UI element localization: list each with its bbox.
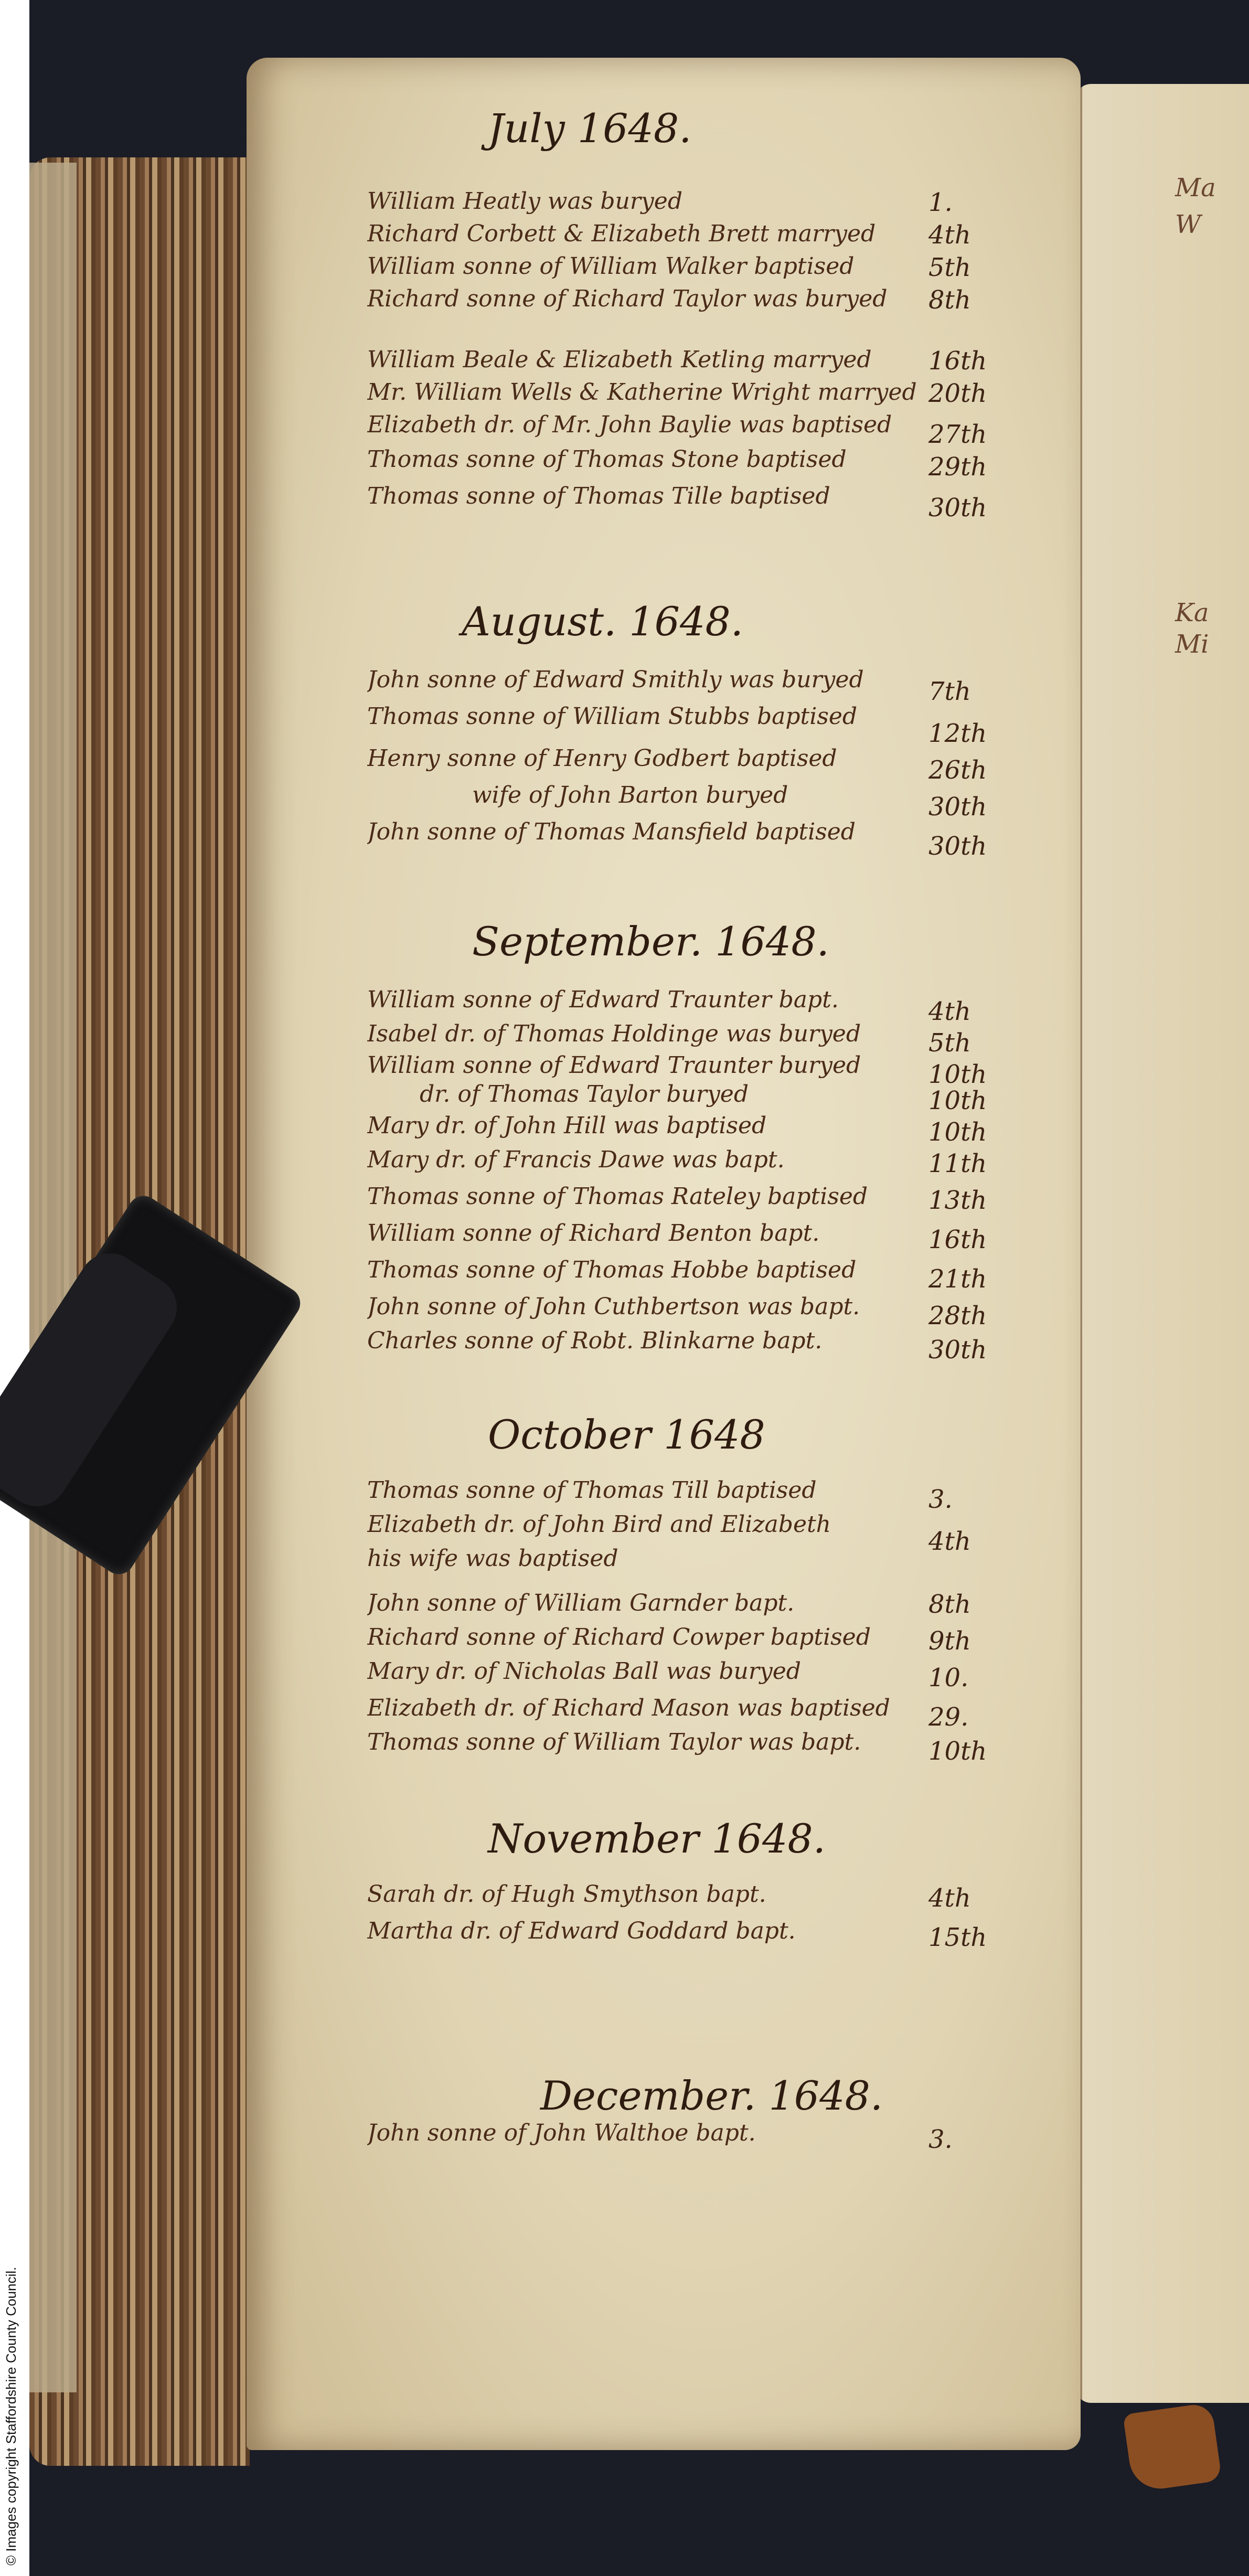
register-entry: Thomas sonne of Thomas Stone baptised xyxy=(367,446,934,473)
register-entry: Mary dr. of John Hill was baptised xyxy=(367,1112,934,1139)
register-entry: John sonne of William Garnder bapt. xyxy=(367,1590,934,1616)
entry-day: 13th xyxy=(928,1186,987,1215)
entry-day: 10th xyxy=(928,1086,987,1115)
section-heading-july: July 1648. xyxy=(488,105,691,152)
flyleaf xyxy=(29,163,77,2392)
facing-page-fragment: Ka xyxy=(1175,598,1209,627)
entry-day: 27th xyxy=(928,420,987,449)
register-entry: Mary dr. of Francis Dawe was bapt. xyxy=(367,1146,934,1173)
register-entry: William sonne of Edward Traunter buryed xyxy=(367,1052,934,1079)
register-entry: Henry sonne of Henry Godbert baptised xyxy=(367,745,934,772)
register-entry: John sonne of Edward Smithly was buryed xyxy=(367,666,934,693)
register-entry: William Beale & Elizabeth Ketling marrye… xyxy=(367,346,934,373)
register-entry: Thomas sonne of Thomas Hobbe baptised xyxy=(367,1257,934,1283)
register-entry: William Heatly was buryed xyxy=(367,188,934,215)
entry-day: 29. xyxy=(928,1702,968,1732)
entry-day: 12th xyxy=(928,719,987,748)
entry-day: 7th xyxy=(928,677,971,706)
entry-day: 10th xyxy=(928,1117,987,1147)
register-entry: William sonne of William Walker baptised xyxy=(367,253,934,280)
register-entry: Elizabeth dr. of John Bird and Elizabeth xyxy=(367,1511,934,1538)
entry-day: 5th xyxy=(928,1028,971,1058)
section-heading-august: August. 1648. xyxy=(462,598,743,645)
register-entry: John sonne of John Cuthbertson was bapt. xyxy=(367,1293,934,1320)
section-heading-november: November 1648. xyxy=(488,1815,826,1862)
section-heading-september: September. 1648. xyxy=(472,918,829,965)
entry-day: 1. xyxy=(928,188,953,217)
register-entry: William sonne of Edward Traunter bapt. xyxy=(367,986,934,1013)
entry-day: 30th xyxy=(928,1335,987,1365)
entry-day: 5th xyxy=(928,253,971,282)
entry-day: 20th xyxy=(928,379,987,408)
register-entry: Richard Corbett & Elizabeth Brett marrye… xyxy=(367,220,934,247)
entry-day: 29th xyxy=(928,452,987,482)
entry-day: 21th xyxy=(928,1264,987,1294)
left-margin xyxy=(0,0,29,2576)
register-entry: Mary dr. of Nicholas Ball was buryed xyxy=(367,1658,934,1685)
register-entry: Martha dr. of Edward Goddard bapt. xyxy=(367,1918,934,1944)
copyright-notice: © Images copyright Staffordshire County … xyxy=(3,2267,19,2566)
entry-day: 10th xyxy=(928,1737,987,1766)
facing-page-fragment: W xyxy=(1175,210,1201,239)
section-heading-december: December. 1648. xyxy=(540,2072,883,2119)
register-entry: his wife was baptised xyxy=(367,1545,934,1572)
register-entry: Thomas sonne of Thomas Tille baptised xyxy=(367,483,934,509)
register-entry: Charles sonne of Robt. Blinkarne bapt. xyxy=(367,1327,934,1354)
register-entry: Richard sonne of Richard Cowper baptised xyxy=(367,1624,934,1651)
section-heading-october: October 1648 xyxy=(488,1411,765,1458)
entry-day: 28th xyxy=(928,1301,987,1330)
entry-day: 30th xyxy=(928,792,987,822)
register-entry: William sonne of Richard Benton bapt. xyxy=(367,1220,934,1247)
entry-day: 4th xyxy=(928,997,971,1026)
register-entry: John sonne of Thomas Mansfield baptised xyxy=(367,818,934,845)
entry-day: 3. xyxy=(928,1485,953,1514)
entry-day: 30th xyxy=(928,493,987,523)
register-entry: Thomas sonne of William Stubbs baptised xyxy=(367,703,934,730)
register-entry: Mr. William Wells & Katherine Wright mar… xyxy=(367,379,934,406)
entry-day: 9th xyxy=(928,1626,971,1656)
entry-day: 26th xyxy=(928,755,987,785)
entry-day: 10. xyxy=(928,1663,968,1693)
facing-page xyxy=(1075,84,1249,2403)
torn-page-tab xyxy=(1123,2402,1222,2493)
register-entry: Richard sonne of Richard Taylor was bury… xyxy=(367,285,934,312)
facing-page-fragment: Ma xyxy=(1175,173,1216,203)
register-entry: Elizabeth dr. of Mr. John Baylie was bap… xyxy=(367,411,934,438)
register-entry: Thomas sonne of William Taylor was bapt. xyxy=(367,1729,934,1755)
register-entry: Isabel dr. of Thomas Holdinge was buryed xyxy=(367,1020,934,1047)
entry-day: 3. xyxy=(928,2125,953,2154)
entry-day: 11th xyxy=(928,1149,987,1178)
entry-day: 15th xyxy=(928,1923,987,1952)
entry-day: 16th xyxy=(928,1225,987,1254)
register-entry: Thomas sonne of Thomas Till baptised xyxy=(367,1477,934,1504)
register-entry: Sarah dr. of Hugh Smythson bapt. xyxy=(367,1881,934,1908)
register-entry: John sonne of John Walthoe bapt. xyxy=(367,2120,934,2146)
facing-page-fragment: Mi xyxy=(1175,630,1209,659)
register-entry: Thomas sonne of Thomas Rateley baptised xyxy=(367,1183,934,1210)
entry-day: 4th xyxy=(928,220,971,250)
register-entry: dr. of Thomas Taylor buryed xyxy=(420,1081,986,1108)
register-entry: Elizabeth dr. of Richard Mason was bapti… xyxy=(367,1695,934,1721)
entry-day: 4th xyxy=(928,1527,971,1556)
entry-day: 16th xyxy=(928,346,987,376)
entry-day: 8th xyxy=(928,1590,971,1619)
entry-day: 4th xyxy=(928,1883,971,1913)
entry-day: 30th xyxy=(928,832,987,861)
entry-day: 8th xyxy=(928,285,971,315)
